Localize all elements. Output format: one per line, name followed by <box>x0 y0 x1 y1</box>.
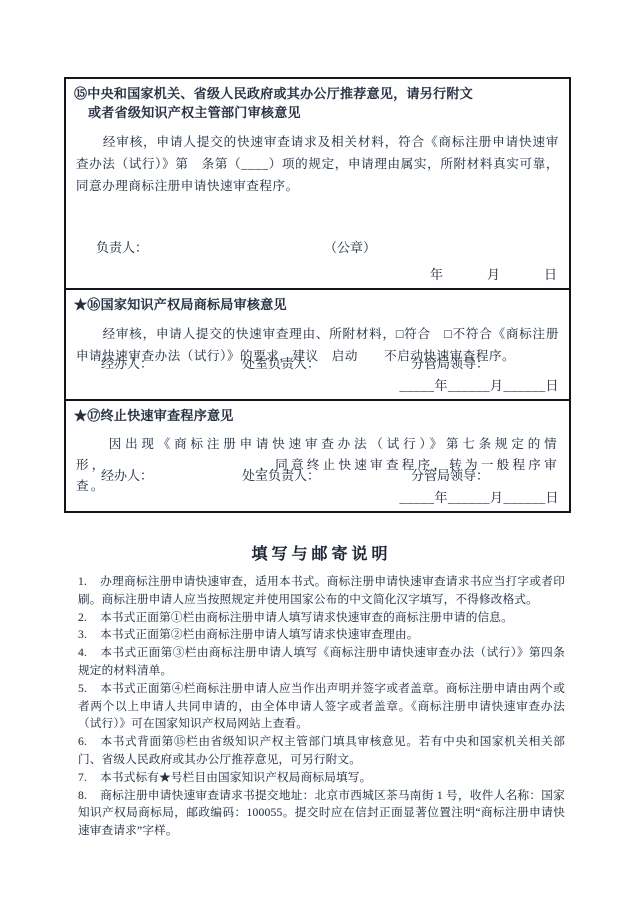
section-16-date-blank: _____年______月______日 <box>399 375 559 394</box>
year-label: 年 <box>430 264 443 283</box>
handler-label: 经办人： <box>101 353 153 372</box>
handler-label: 经办人： <box>101 465 153 484</box>
instruction-item-3: 3.本书式正面第②栏由商标注册申请人填写请求快速审查理由。 <box>78 626 565 644</box>
instruction-item-4: 4.本书式正面第③栏由商标注册申请人填写《商标注册申请快速审查办法（试行）》第四… <box>78 644 565 680</box>
instruction-text: 本书式正面第④栏商标注册申请人应当作出声明并签字或者盖章。商标注册申请由两个或者… <box>78 682 565 731</box>
section-15-title-line2: 或者省级知识产权主管部门审核意见 <box>74 103 561 122</box>
instruction-number: 3. <box>78 628 87 641</box>
instruction-item-5: 5.本书式正面第④栏商标注册申请人应当作出声明并签字或者盖章。商标注册申请由两个… <box>78 680 565 733</box>
section-15-body: 经审核，申请人提交的快速审查请求及相关材料，符合《商标注册申请快速审查办法（试行… <box>76 131 559 197</box>
bureau-leader-label: 分管局领导： <box>411 353 489 372</box>
instruction-item-8: 8.商标注册申请快速审查请求书提交地址：北京市西城区茶马南街 1 号，收件人名称… <box>78 787 565 840</box>
instruction-text: 本书式正面第③栏由商标注册申请人填写《商标注册申请快速审查办法（试行）》第四条规… <box>78 646 565 677</box>
instruction-number: 4. <box>78 646 87 659</box>
section-17-title: ★⑰终止快速审查程序意见 <box>66 401 569 425</box>
instruction-number: 8. <box>78 789 87 802</box>
section-15-title: ⑮中央和国家机关、省级人民政府或其办公厅推荐意见，请另行附文 或者省级知识产权主… <box>66 79 569 122</box>
day-label: 日 <box>544 264 557 283</box>
instruction-text: 本书式正面第①栏由商标注册申请人填写请求快速审查的商标注册申请的信息。 <box>100 611 513 624</box>
section-17-date-blank: _____年______月______日 <box>399 487 559 506</box>
scanned-form-page: ⑮中央和国家机关、省级人民政府或其办公厅推荐意见，请另行附文 或者省级知识产权主… <box>0 0 636 900</box>
section-15-date-row: 年 月 日 <box>430 264 557 283</box>
instruction-text: 本书式背面第⑮栏由省级知识产权主管部门填具审核意见。若有中央和国家机关相关部门、… <box>78 735 565 766</box>
instruction-number: 6. <box>78 735 87 748</box>
instruction-text: 商标注册申请快速审查请求书提交地址：北京市西城区茶马南街 1 号，收件人名称：国… <box>78 789 565 838</box>
instruction-item-7: 7.本书式标有★号栏目由国家知识产权局商标局填写。 <box>78 769 565 787</box>
opinion-table: ⑮中央和国家机关、省级人民政府或其办公厅推荐意见，请另行附文 或者省级知识产权主… <box>64 77 571 513</box>
section-15-title-line1: ⑮中央和国家机关、省级人民政府或其办公厅推荐意见，请另行附文 <box>74 84 561 103</box>
instruction-text: 本书式标有★号栏目由国家知识产权局商标局填写。 <box>100 771 371 784</box>
office-head-label: 处室负责人： <box>242 353 320 372</box>
official-seal-label: （公章） <box>324 237 376 256</box>
instruction-item-1: 1.办理商标注册申请快速审查，适用本书式。商标注册申请快速审查请求书应当打字或者… <box>78 573 565 609</box>
instruction-number: 5. <box>78 682 87 695</box>
instruction-number: 1. <box>78 575 87 588</box>
bureau-leader-label: 分管局领导： <box>411 465 489 484</box>
office-head-label: 处室负责人： <box>242 465 320 484</box>
section-16-title: ★⑯国家知识产权局商标局审核意见 <box>66 290 569 314</box>
section-15-recommendation-opinion: ⑮中央和国家机关、省级人民政府或其办公厅推荐意见，请另行附文 或者省级知识产权主… <box>66 79 569 288</box>
instruction-text: 本书式正面第②栏由商标注册申请人填写请求快速审查理由。 <box>100 628 418 641</box>
responsible-person-label: 负责人： <box>96 237 148 256</box>
section-16-cnipa-review-opinion: ★⑯国家知识产权局商标局审核意见 经审核，申请人提交的快速审查理由、所附材料，□… <box>66 288 569 399</box>
instructions-heading: 填写与邮寄说明 <box>78 541 565 564</box>
instruction-item-2: 2.本书式正面第①栏由商标注册申请人填写请求快速审查的商标注册申请的信息。 <box>78 609 565 627</box>
section-17-termination-opinion: ★⑰终止快速审查程序意见 因出现《商标注册申请快速审查办法（试行）》第七条规定的… <box>66 399 569 511</box>
filling-mailing-instructions: 填写与邮寄说明 1.办理商标注册申请快速审查，适用本书式。商标注册申请快速审查请… <box>78 541 565 840</box>
month-label: 月 <box>487 264 500 283</box>
instruction-number: 7. <box>78 771 87 784</box>
instruction-item-6: 6.本书式背面第⑮栏由省级知识产权主管部门填具审核意见。若有中央和国家机关相关部… <box>78 733 565 769</box>
instruction-text: 办理商标注册申请快速审查，适用本书式。商标注册申请快速审查请求书应当打字或者印刷… <box>78 575 565 606</box>
instruction-number: 2. <box>78 611 87 624</box>
